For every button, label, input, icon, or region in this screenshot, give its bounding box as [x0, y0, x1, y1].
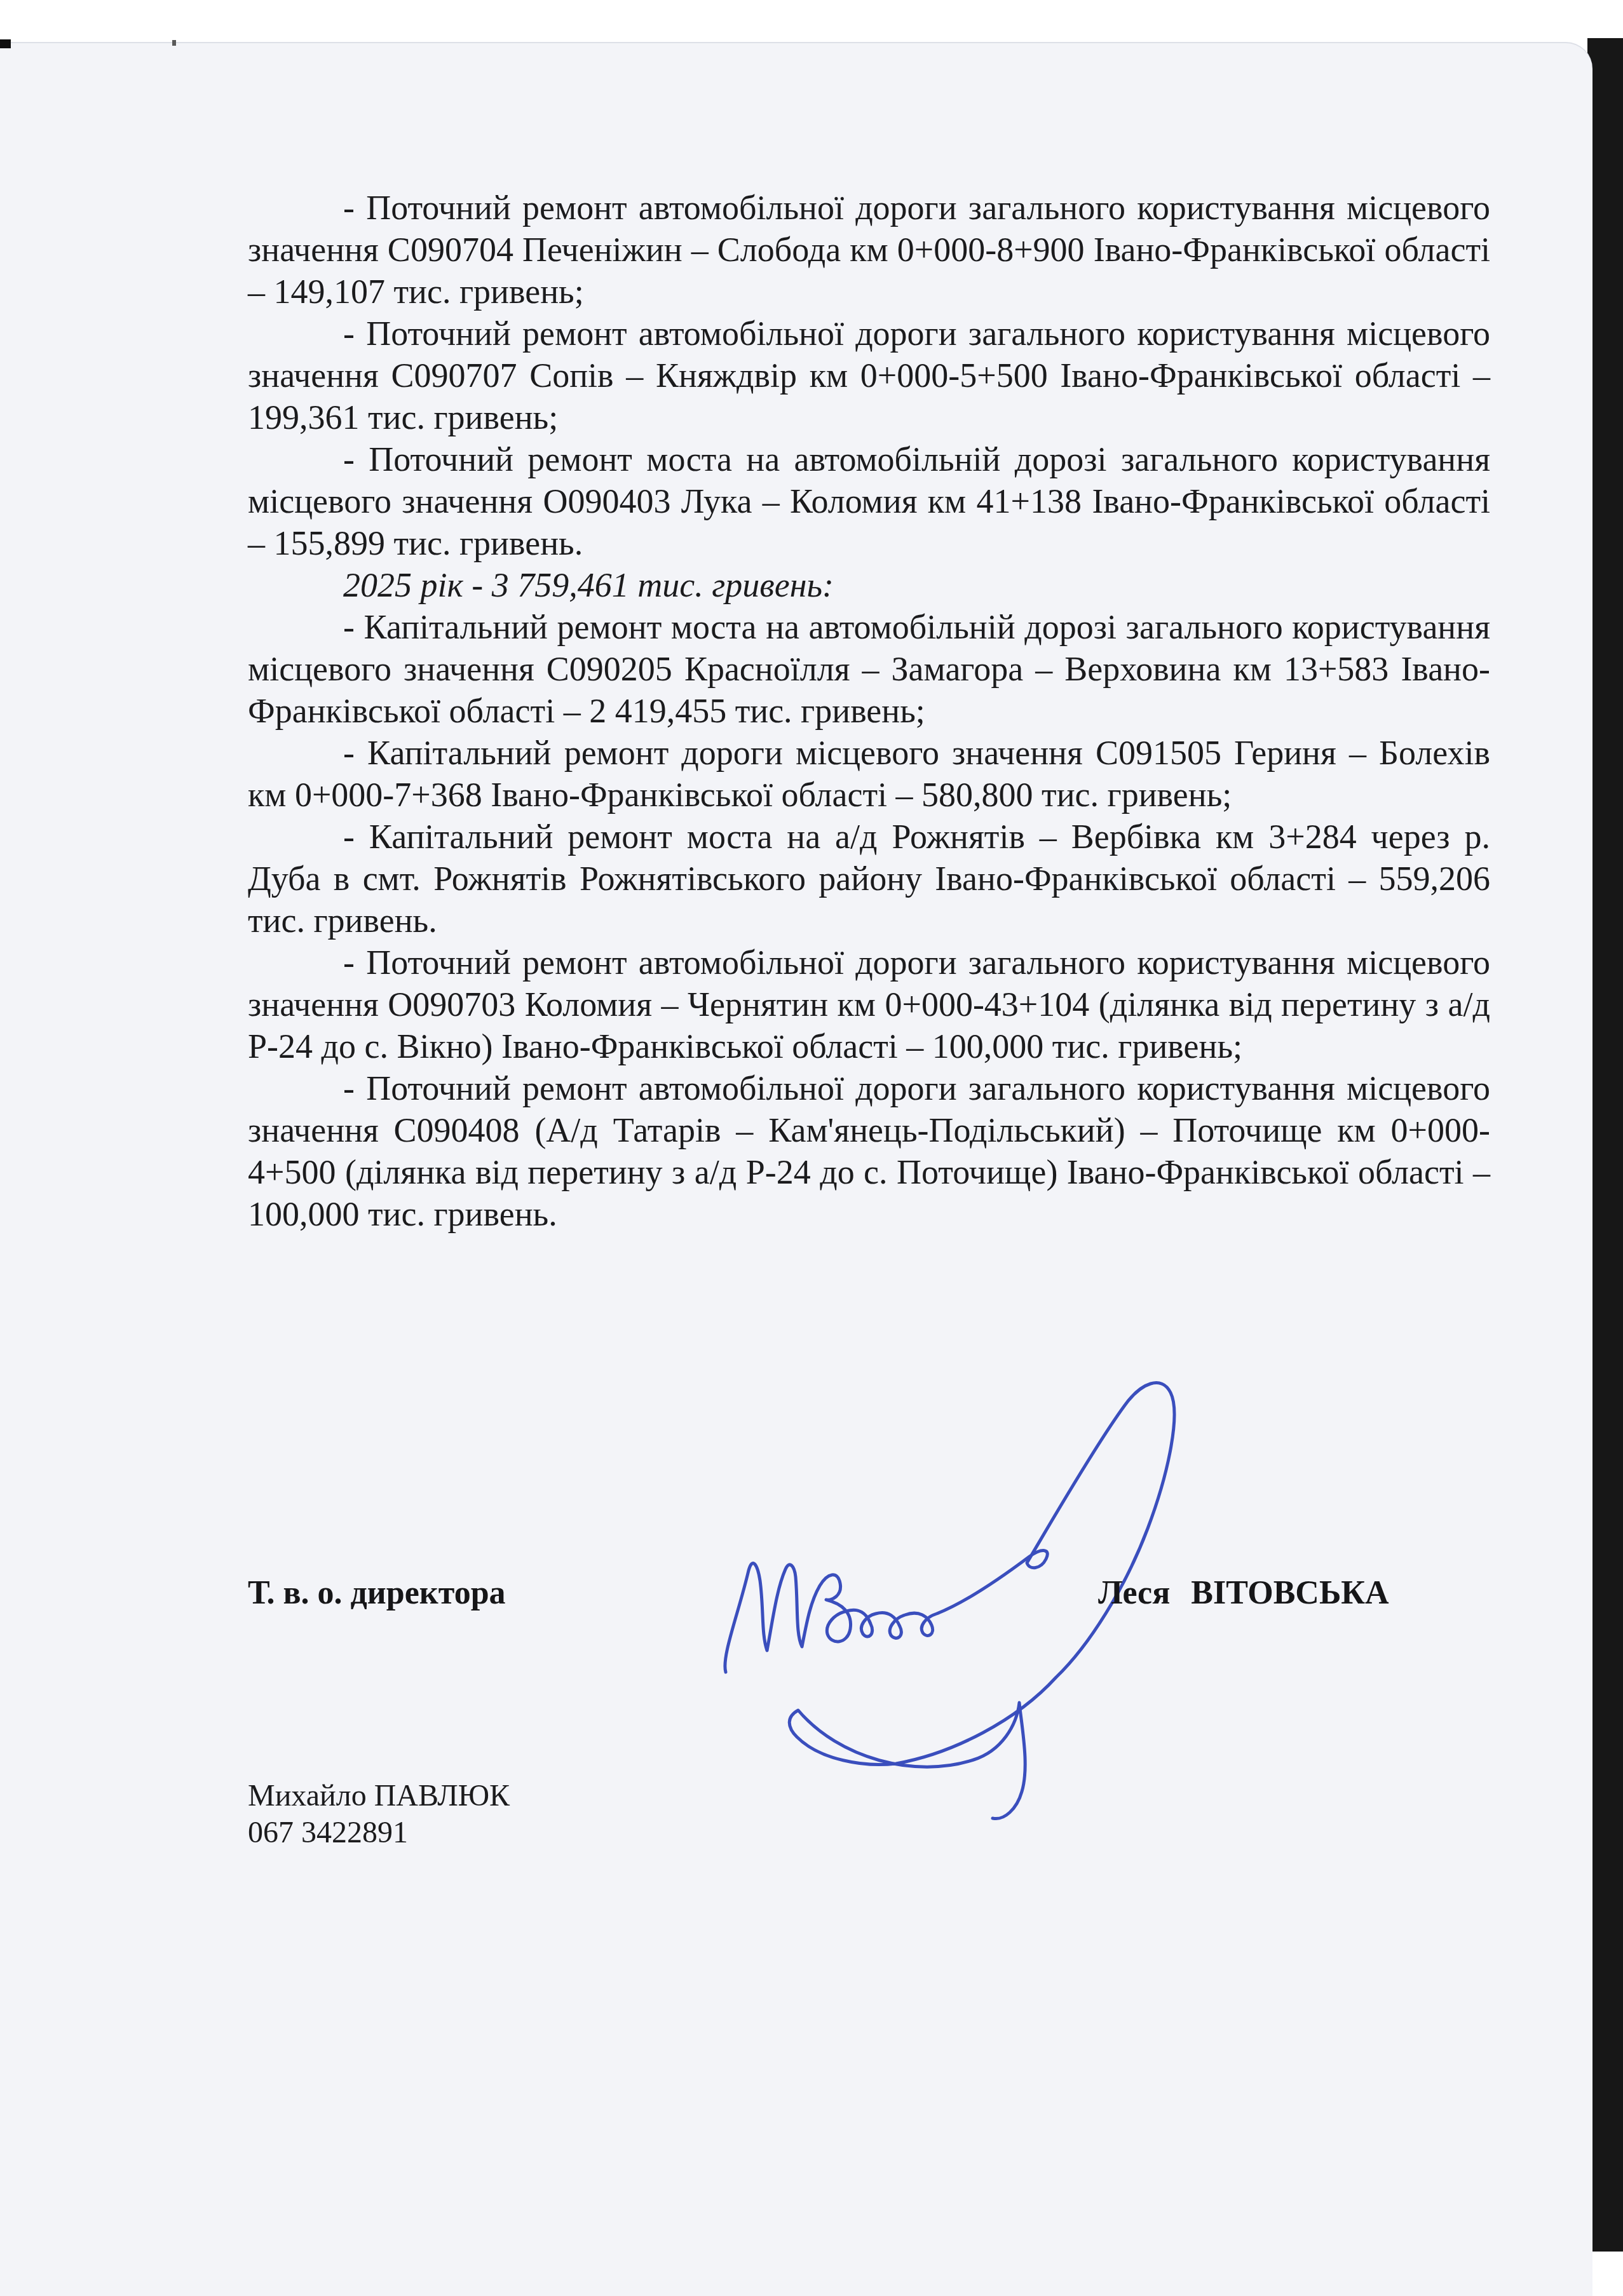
- body-text: - Поточний ремонт автомобільної дороги з…: [248, 187, 1490, 1235]
- repair-item-paragraph: - Поточний ремонт автомобільної дороги з…: [248, 942, 1490, 1067]
- executor-name: Михайло ПАВЛЮК: [248, 1778, 510, 1814]
- repair-item-paragraph: - Поточний ремонт автомобільної дороги з…: [248, 1067, 1490, 1235]
- repair-item-paragraph: - Поточний ремонт моста на автомобільній…: [248, 438, 1490, 564]
- scanner-background-band: [1587, 38, 1623, 2252]
- year-total-line: 2025 рік - 3 759,461 тис. гривень:: [248, 564, 1490, 606]
- scan-edge-artifact: [0, 39, 11, 48]
- repair-item-paragraph: - Поточний ремонт автомобільної дороги з…: [248, 187, 1490, 313]
- scanned-document: - Поточний ремонт автомобільної дороги з…: [0, 0, 1623, 2296]
- repair-item-paragraph: - Поточний ремонт автомобільної дороги з…: [248, 313, 1490, 438]
- executor-contact: Михайло ПАВЛЮК 067 3422891: [248, 1778, 510, 1851]
- repair-item-paragraph: - Капітальний ремонт дороги місцевого зн…: [248, 732, 1490, 816]
- repair-item-paragraph: - Капітальний ремонт моста на автомобіль…: [248, 606, 1490, 732]
- executor-phone: 067 3422891: [248, 1814, 510, 1851]
- scan-edge-artifact-small: [172, 40, 176, 46]
- position-label: Т. в. о. директора: [248, 1574, 506, 1612]
- signer-name: Леся ВІТОВСЬКА: [1098, 1574, 1389, 1612]
- repair-item-paragraph: - Капітальний ремонт моста на а/д Рожнят…: [248, 816, 1490, 942]
